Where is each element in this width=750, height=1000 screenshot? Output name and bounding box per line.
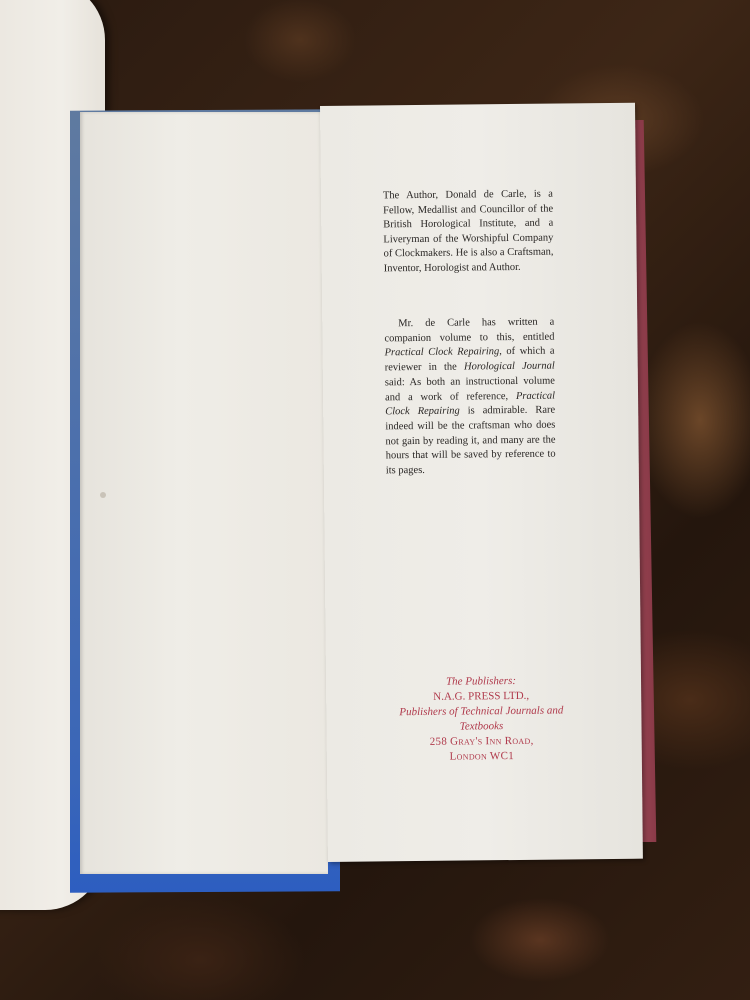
book-title: Practical Clock Repairing — [385, 347, 500, 359]
publisher-address-line2: London WC1 — [387, 748, 577, 765]
publisher-block: The Publishers: N.A.G. PRESS LTD., Publi… — [386, 673, 577, 765]
companion-volume-blurb: Mr. de Carle has written a companion vol… — [384, 316, 556, 480]
blank-endpaper — [80, 112, 328, 874]
journal-title: Horological Journal — [464, 361, 555, 373]
author-bio: The Author, Donald de Carle, is a Fellow… — [383, 188, 554, 277]
blurb-text: Mr. de Carle has written a companion vol… — [384, 317, 554, 344]
publisher-tagline: Publishers of Technical Journals and Tex… — [386, 703, 576, 735]
dust-jacket-flap: The Author, Donald de Carle, is a Fellow… — [320, 103, 643, 862]
stain-spot — [100, 492, 106, 498]
